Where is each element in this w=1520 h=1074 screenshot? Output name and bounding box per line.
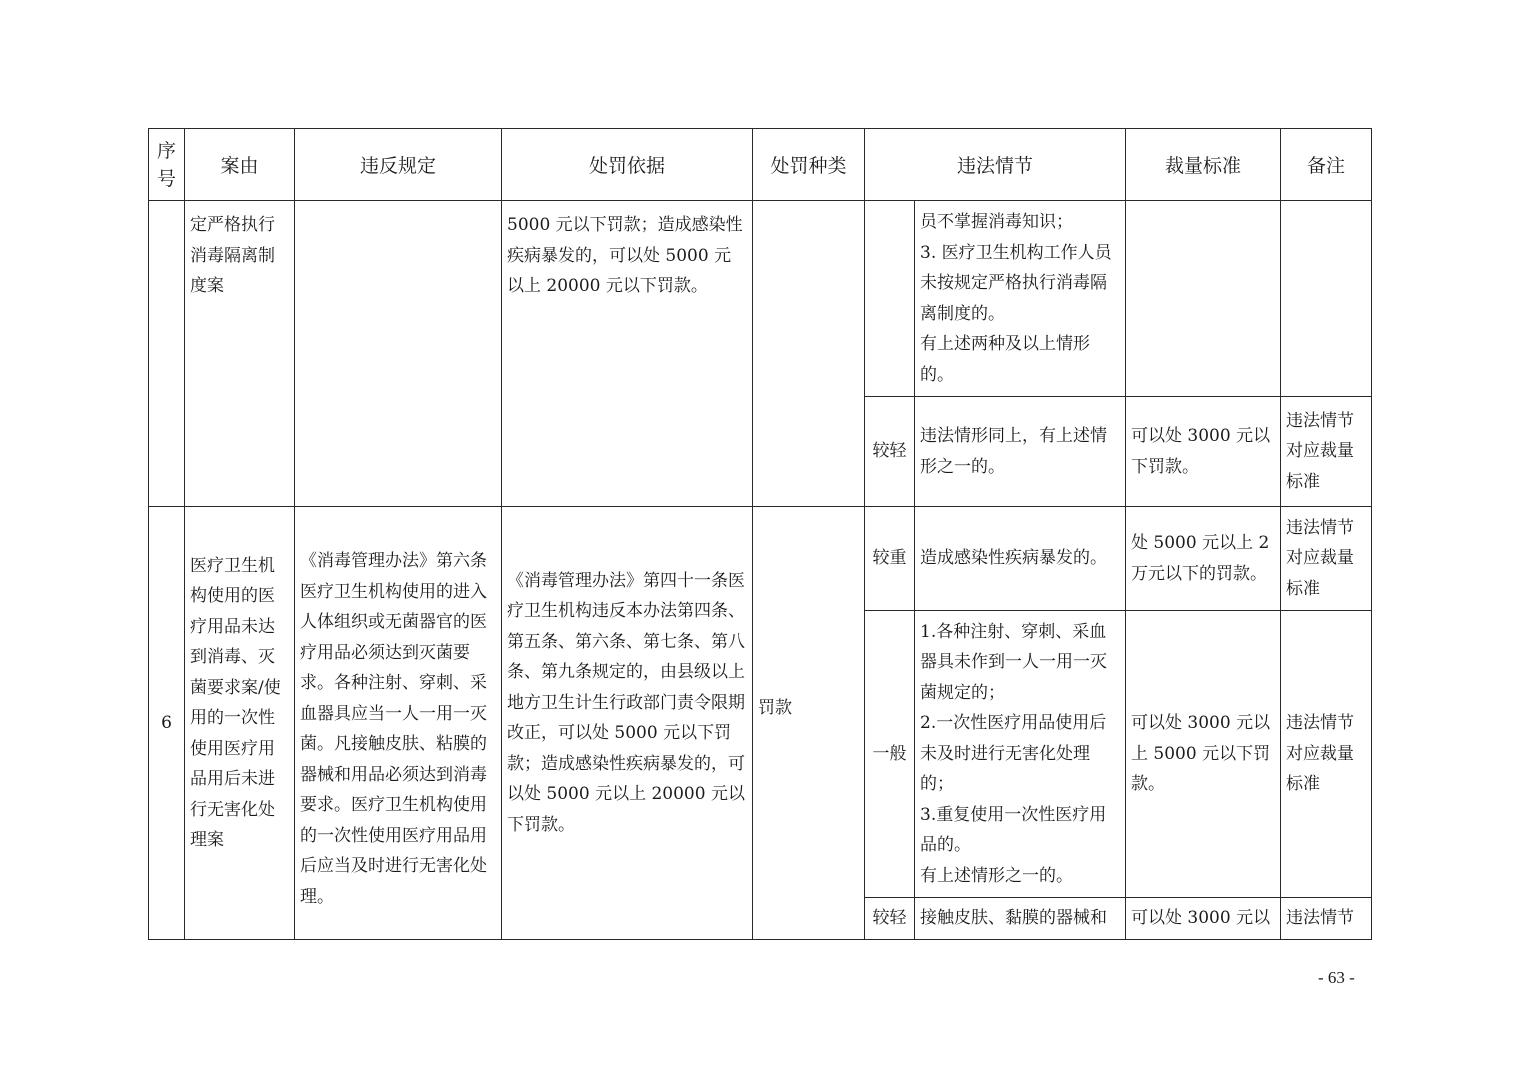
cell-remarks-continued-a: [1281, 201, 1372, 397]
header-seq: 序 号: [149, 129, 185, 201]
cell-remarks-6-minor: 违法情节: [1281, 898, 1372, 940]
cell-violated-rule-continued: [295, 201, 502, 507]
cell-case-continued: 定严格执行消毒隔离制度案: [185, 201, 295, 507]
cell-penalty-type-continued: [753, 201, 865, 507]
cell-level-continued-b: 较轻: [865, 397, 915, 507]
cell-standard-continued-a: [1126, 201, 1281, 397]
header-circumstances: 违法情节: [865, 129, 1126, 201]
cell-description-6-severe: 造成感染性疾病暴发的。: [915, 507, 1126, 611]
cell-penalty-type-6: 罚款: [753, 507, 865, 940]
cell-remarks-6-general: 违法情节对应裁量标准: [1281, 611, 1372, 898]
table-header-row: 序 号 案由 违反规定 处罚依据 处罚种类 违法情节 裁量标准 备注: [149, 129, 1372, 201]
cell-remarks-6-severe: 违法情节对应裁量标准: [1281, 507, 1372, 611]
cell-standard-continued-b: 可以处 3000 元以下罚款。: [1126, 397, 1281, 507]
cell-standard-6-severe: 处 5000 元以上 2 万元以下的罚款。: [1126, 507, 1281, 611]
cell-seq-6: 6: [149, 507, 185, 940]
cell-penalty-basis-6: 《消毒管理办法》第四十一条医疗卫生机构违反本办法第四条、第五条、第六条、第七条、…: [502, 507, 753, 940]
header-seq-line1: 序: [149, 137, 184, 165]
header-standard: 裁量标准: [1126, 129, 1281, 201]
cell-standard-6-general: 可以处 3000 元以上 5000 元以下罚款。: [1126, 611, 1281, 898]
table-row-6-severe: 6 医疗卫生机构使用的医疗用品未达到消毒、灭菌要求案/使用的一次性使用医疗用品用…: [149, 507, 1372, 611]
cell-level-6-severe: 较重: [865, 507, 915, 611]
header-seq-line2: 号: [149, 165, 184, 193]
cell-description-continued-a: 员不掌握消毒知识； 3. 医疗卫生机构工作人员未按规定严格执行消毒隔离制度的。 …: [915, 201, 1126, 397]
cell-standard-6-minor: 可以处 3000 元以: [1126, 898, 1281, 940]
cell-penalty-basis-continued: 5000 元以下罚款；造成感染性疾病暴发的，可以处 5000 元以上 20000…: [502, 201, 753, 507]
cell-seq-continued: [149, 201, 185, 507]
header-penalty-basis: 处罚依据: [502, 129, 753, 201]
header-case: 案由: [185, 129, 295, 201]
cell-case-6: 医疗卫生机构使用的医疗用品未达到消毒、灭菌要求案/使用的一次性使用医疗用品用后未…: [185, 507, 295, 940]
header-penalty-type: 处罚种类: [753, 129, 865, 201]
header-violated-rule: 违反规定: [295, 129, 502, 201]
cell-level-6-minor: 较轻: [865, 898, 915, 940]
penalty-discretion-table: 序 号 案由 违反规定 处罚依据 处罚种类 违法情节 裁量标准 备注 定严格执行…: [148, 128, 1372, 940]
cell-violated-rule-6: 《消毒管理办法》第六条医疗卫生机构使用的进入人体组织或无菌器官的医疗用品必须达到…: [295, 507, 502, 940]
cell-description-continued-b: 违法情形同上，有上述情形之一的。: [915, 397, 1126, 507]
document-page: 序 号 案由 违反规定 处罚依据 处罚种类 违法情节 裁量标准 备注 定严格执行…: [0, 0, 1520, 1074]
header-remarks: 备注: [1281, 129, 1372, 201]
cell-level-continued-a: [865, 201, 915, 397]
page-number: - 63 -: [1318, 968, 1355, 988]
cell-description-6-minor: 接触皮肤、黏膜的器械和: [915, 898, 1126, 940]
cell-description-6-general: 1.各种注射、穿刺、采血器具未作到一人一用一灭菌规定的； 2.一次性医疗用品使用…: [915, 611, 1126, 898]
table-row-continued-a: 定严格执行消毒隔离制度案 5000 元以下罚款；造成感染性疾病暴发的，可以处 5…: [149, 201, 1372, 397]
cell-remarks-continued-b: 违法情节对应裁量标准: [1281, 397, 1372, 507]
cell-level-6-general: 一般: [865, 611, 915, 898]
